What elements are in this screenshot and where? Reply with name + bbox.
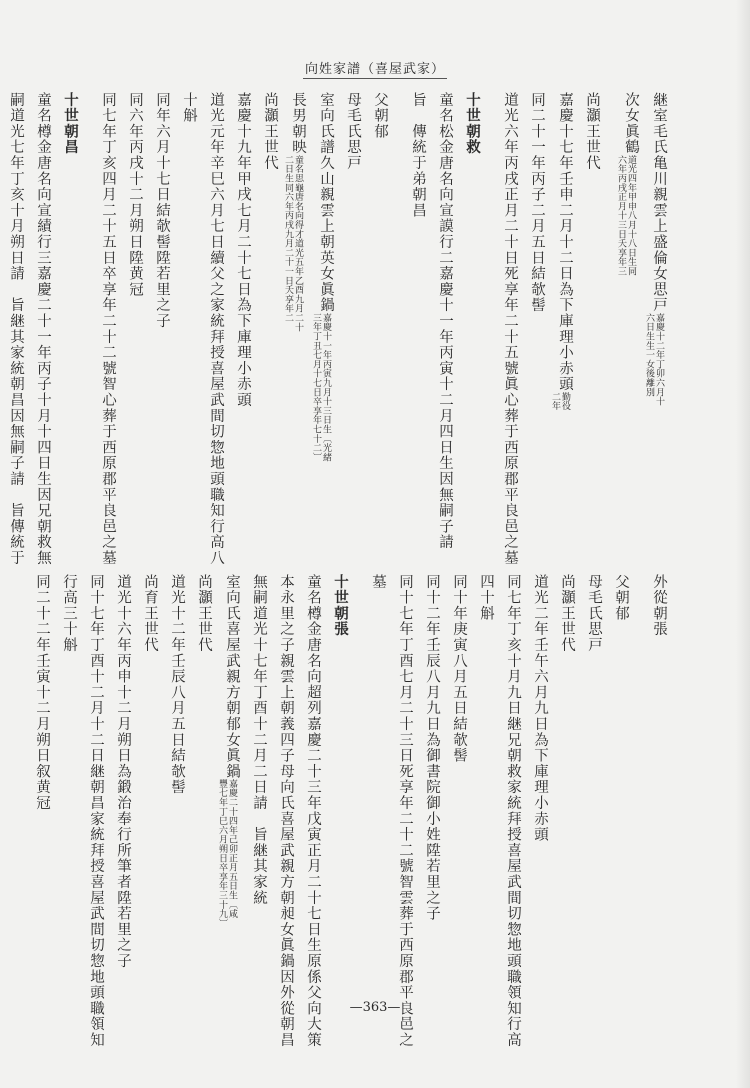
text-column: 道光十六年丙申十二月朔日為鍛治奉行所筆者陞若里之子 <box>109 574 136 994</box>
column-spacer <box>605 92 616 552</box>
column-spacer <box>634 574 645 994</box>
text-column: 長男朝映童名思龜唐名向得才道光五年乙酉九月二十二日生同六年丙戌九月二十一日夭享年… <box>283 92 311 552</box>
annotation-line: 三年丁丑七月十七日卒享年七十二〕 <box>311 313 321 462</box>
column-text: 童名樽金唐名向超列嘉慶二十三年戊寅正月二十七日生原係父向大策 <box>305 574 321 1048</box>
text-column: 道光元年辛巳六月七日續父之家統拜授喜屋武間切惣地頭職知行高八 <box>202 92 229 552</box>
text-column: 継室毛氏亀川親雲上盛倫女思戸嘉慶十二年丁卯六月十六日生生一女後離別 <box>644 92 672 552</box>
text-column: 同十二年壬辰八月九日為御書院御小姓陞若里之子 <box>418 574 445 994</box>
text-column: 嘉慶十九年甲戌七月二十七日為下庫理小赤頭 <box>229 92 256 552</box>
text-column: 無嗣道光十七年丁酉十二月二日請 旨継其家統 <box>245 574 272 994</box>
column-text: 同十七年丁酉七月二十三日死享年二十二號智雲葬于西原郡平良邑之 <box>397 574 413 1048</box>
text-column: 童名樽金唐名向超列嘉慶二十三年戊寅正月二十七日生原係父向大策 <box>299 574 326 994</box>
column-text: 嘉慶十七年壬申二月十二日為下庫理小赤頭 <box>557 92 573 392</box>
column-text: 同二十二年壬寅十二月朔日叙黄冠 <box>34 574 50 811</box>
column-text: 尚育王世代 <box>142 574 158 653</box>
text-column: 同十年庚寅八月五日結欹髻 <box>445 574 472 994</box>
annotation-note: 嘉慶二十四年己卯正月五日生〔咸豐七年丁巳六月朔日卒享年三十九〕 <box>217 779 237 928</box>
column-text: 嘉慶十九年甲戌七月二十七日為下庫理小赤頭 <box>235 92 251 408</box>
text-column: 尚灝王世代 <box>578 92 605 552</box>
column-text: 道光十六年丙申十二月朔日為鍛治奉行所筆者陞若里之子 <box>115 574 131 969</box>
column-text: 本永里之子親雲上朝義四子母向氏喜屋武親方朝昶女眞鍋因外從朝昌 <box>278 574 294 1048</box>
text-column: 室向氏譜久山親雲上朝英女眞鍋嘉慶十一年丙寅九月十三日生〔光緒三年丁丑七月十七日卒… <box>311 92 339 552</box>
text-column: 本永里之子親雲上朝義四子母向氏喜屋武親方朝昶女眞鍋因外從朝昌 <box>272 574 299 994</box>
annotation-line: 童名思龜唐名向得才道光五年乙酉九月二十 <box>293 155 303 332</box>
annotation-line: 二年 <box>550 392 560 411</box>
column-text: 尚灝王世代 <box>262 92 278 171</box>
text-column: 同十七年丁酉七月二十三日死享年二十二號智雲葬于西原郡平良邑之 <box>391 574 418 994</box>
column-text: 尚灝王世代 <box>559 574 575 653</box>
text-column: 墓 <box>364 574 391 994</box>
text-column: 父朝郁 <box>366 92 393 552</box>
column-text: 尚灝王世代 <box>584 92 600 171</box>
page-number: —363— <box>0 1000 750 1015</box>
annotation-line: 六日生生一女後離別 <box>644 313 654 406</box>
column-text: 同二十一年丙子二月五日結欹髻 <box>529 92 545 313</box>
text-column: 同七年丁亥十月九日継兄朝救家統拜授喜屋武間切惣地頭職領知行高 <box>499 574 526 994</box>
column-text: 旨 傳統于弟朝昌 <box>410 92 426 218</box>
column-text: 十世朝昌 <box>62 92 78 155</box>
column-text: 同七年丁亥四月二十五日卒享年二十二號智心葬于西原郡平良邑之墓 <box>100 92 116 566</box>
annotation-line: 嘉慶二十四年己卯正月五日生〔咸 <box>227 779 237 928</box>
generation-heading: 十世朝昌 <box>56 92 83 552</box>
annotation-note: 勤役二年 <box>550 392 570 411</box>
column-text: 室向氏譜久山親雲上朝英女眞鍋 <box>318 92 334 313</box>
column-text: 道光二年壬午六月九日為下庫理小赤頭 <box>532 574 548 843</box>
text-column: 童名樽金唐名向宣績行三嘉慶二十一年丙子十月十四日生因兄朝救無 <box>29 92 56 552</box>
text-column: 道光二年壬午六月九日為下庫理小赤頭 <box>526 574 553 994</box>
text-column: 同二十二年壬寅十二月朔日叙黄冠 <box>28 574 55 994</box>
column-text: 継室毛氏亀川親雲上盛倫女思戸 <box>651 92 667 313</box>
text-column: 父朝郁 <box>607 574 634 994</box>
column-text: 道光六年丙戌正月二十日死享年二十五號眞心葬于西原郡平良邑之墓 <box>502 92 518 566</box>
text-column: 室向氏喜屋武親方朝郁女眞鍋嘉慶二十四年己卯正月五日生〔咸豐七年丁巳六月朔日卒享年… <box>217 574 245 994</box>
text-column: 同七年丁亥四月二十五日卒享年二十二號智心葬于西原郡平良邑之墓 <box>94 92 121 552</box>
column-text: 室向氏喜屋武親方朝郁女眞鍋 <box>224 574 240 779</box>
column-text: 同十年庚寅八月五日結欹髻 <box>451 574 467 764</box>
column-text: 同六年丙戌十二月朔日陞黄冠 <box>127 92 143 297</box>
column-text: 十斛 <box>181 92 197 124</box>
column-text: 同十七年丁酉十二月十二日継朝昌家統拜授喜屋武間切惣地頭職領知 <box>88 574 104 1048</box>
page-header: 向姓家譜（喜屋武家） <box>0 58 750 77</box>
text-column: 同六年丙戌十二月朔日陞黄冠 <box>121 92 148 552</box>
annotation-line: 勤役 <box>560 392 570 411</box>
column-text: 父朝郁 <box>613 574 629 621</box>
text-column: 尚育王世代 <box>136 574 163 994</box>
annotation-line: 豐七年丁巳六月朔日卒享年三十九〕 <box>217 779 227 928</box>
text-column: 同年六月十七日結欹髻陞若里之子 <box>148 92 175 552</box>
text-column: 外從朝張 <box>645 574 672 994</box>
annotation-line: 二日生同六年丙戌九月二十一日夭享年二 <box>283 155 293 332</box>
column-text: 外從朝張 <box>651 574 667 637</box>
column-spacer <box>83 92 94 552</box>
column-text: 母毛氏思戸 <box>586 574 602 653</box>
text-column: 行高三十斛 <box>55 574 82 994</box>
genealogy-lower-block: 外從朝張父朝郁母毛氏思戸尚灝王世代道光二年壬午六月九日為下庫理小赤頭同七年丁亥十… <box>28 574 672 994</box>
column-spacer <box>393 92 404 552</box>
column-text: 母毛氏思戸 <box>345 92 361 171</box>
text-column: 道光六年丙戌正月二十日死享年二十五號眞心葬于西原郡平良邑之墓 <box>496 92 523 552</box>
column-text: 嗣道光七年丁亥十月朔日請 旨継其家統朝昌因無嗣子請 旨傳統于 <box>8 92 24 566</box>
column-text: 四十斛 <box>478 574 494 621</box>
text-column: 同二十一年丙子二月五日結欹髻 <box>523 92 550 552</box>
text-column: 母毛氏思戸 <box>580 574 607 994</box>
text-column: 尚灝王世代 <box>256 92 283 552</box>
generation-heading: 十世朝救 <box>458 92 485 552</box>
annotation-line: 道光四年甲申八月十八日生同 <box>626 155 636 276</box>
column-text: 同年六月十七日結欹髻陞若里之子 <box>154 92 170 329</box>
column-spacer <box>353 574 364 994</box>
column-text: 墓 <box>370 574 386 590</box>
text-column: 同十七年丁酉十二月十二日継朝昌家統拜授喜屋武間切惣地頭職領知 <box>82 574 109 994</box>
column-text: 次女眞鶴 <box>623 92 639 155</box>
column-text: 道光十二年壬辰八月五日結欹髻 <box>169 574 185 795</box>
column-text: 無嗣道光十七年丁酉十二月二日請 旨継其家統 <box>251 574 267 906</box>
column-text: 十世朝救 <box>464 92 480 155</box>
annotation-note: 嘉慶十二年丁卯六月十六日生生一女後離別 <box>644 313 664 406</box>
column-text: 父朝郁 <box>372 92 388 139</box>
text-column: 四十斛 <box>472 574 499 994</box>
text-column: 尚灝王世代 <box>553 574 580 994</box>
column-spacer <box>485 92 496 552</box>
column-text: 行高三十斛 <box>61 574 77 653</box>
column-text: 尚灝王世代 <box>196 574 212 653</box>
generation-heading: 十世朝張 <box>326 574 353 994</box>
annotation-note: 童名思龜唐名向得才道光五年乙酉九月二十二日生同六年丙戌九月二十一日夭享年二 <box>283 155 303 332</box>
column-text: 十世朝張 <box>332 574 348 637</box>
page-title: 向姓家譜（喜屋武家） <box>303 62 447 79</box>
text-column: 母毛氏思戸 <box>339 92 366 552</box>
genealogy-upper-block: 継室毛氏亀川親雲上盛倫女思戸嘉慶十二年丁卯六月十六日生生一女後離別次女眞鶴道光四… <box>2 92 672 552</box>
column-text: 童名樽金唐名向宣績行三嘉慶二十一年丙子十月十四日生因兄朝救無 <box>35 92 51 566</box>
annotation-line: 嘉慶十一年丙寅九月十三日生〔光緒 <box>321 313 331 462</box>
text-column: 嘉慶十七年壬申二月十二日為下庫理小赤頭勤役二年 <box>550 92 578 552</box>
text-column: 童名松金唐名向宣謨行二嘉慶十一年丙寅十二月四日生因無嗣子請 <box>431 92 458 552</box>
column-text: 同十二年壬辰八月九日為御書院御小姓陞若里之子 <box>424 574 440 922</box>
column-text: 長男朝映 <box>290 92 306 155</box>
annotation-note: 嘉慶十一年丙寅九月十三日生〔光緒三年丁丑七月十七日卒享年七十二〕 <box>311 313 331 462</box>
text-column: 十斛 <box>175 92 202 552</box>
annotation-line: 嘉慶十二年丁卯六月十 <box>654 313 664 406</box>
text-column: 嗣道光七年丁亥十月朔日請 旨継其家統朝昌因無嗣子請 旨傳統于 <box>2 92 29 552</box>
text-column: 道光十二年壬辰八月五日結欹髻 <box>163 574 190 994</box>
annotation-line: 六年丙戌正月十三日夭享年三 <box>616 155 626 276</box>
text-column: 次女眞鶴道光四年甲申八月十八日生同六年丙戌正月十三日夭享年三 <box>616 92 644 552</box>
text-column: 旨 傳統于弟朝昌 <box>404 92 431 552</box>
column-text: 道光元年辛巳六月七日續父之家統拜授喜屋武間切惣地頭職知行高八 <box>208 92 224 566</box>
annotation-note: 道光四年甲申八月十八日生同六年丙戌正月十三日夭享年三 <box>616 155 636 276</box>
page-edge-shadow <box>736 0 750 1088</box>
column-text: 童名松金唐名向宣謨行二嘉慶十一年丙寅十二月四日生因無嗣子請 <box>437 92 453 550</box>
column-text: 同七年丁亥十月九日継兄朝救家統拜授喜屋武間切惣地頭職領知行高 <box>505 574 521 1048</box>
text-column: 尚灝王世代 <box>190 574 217 994</box>
